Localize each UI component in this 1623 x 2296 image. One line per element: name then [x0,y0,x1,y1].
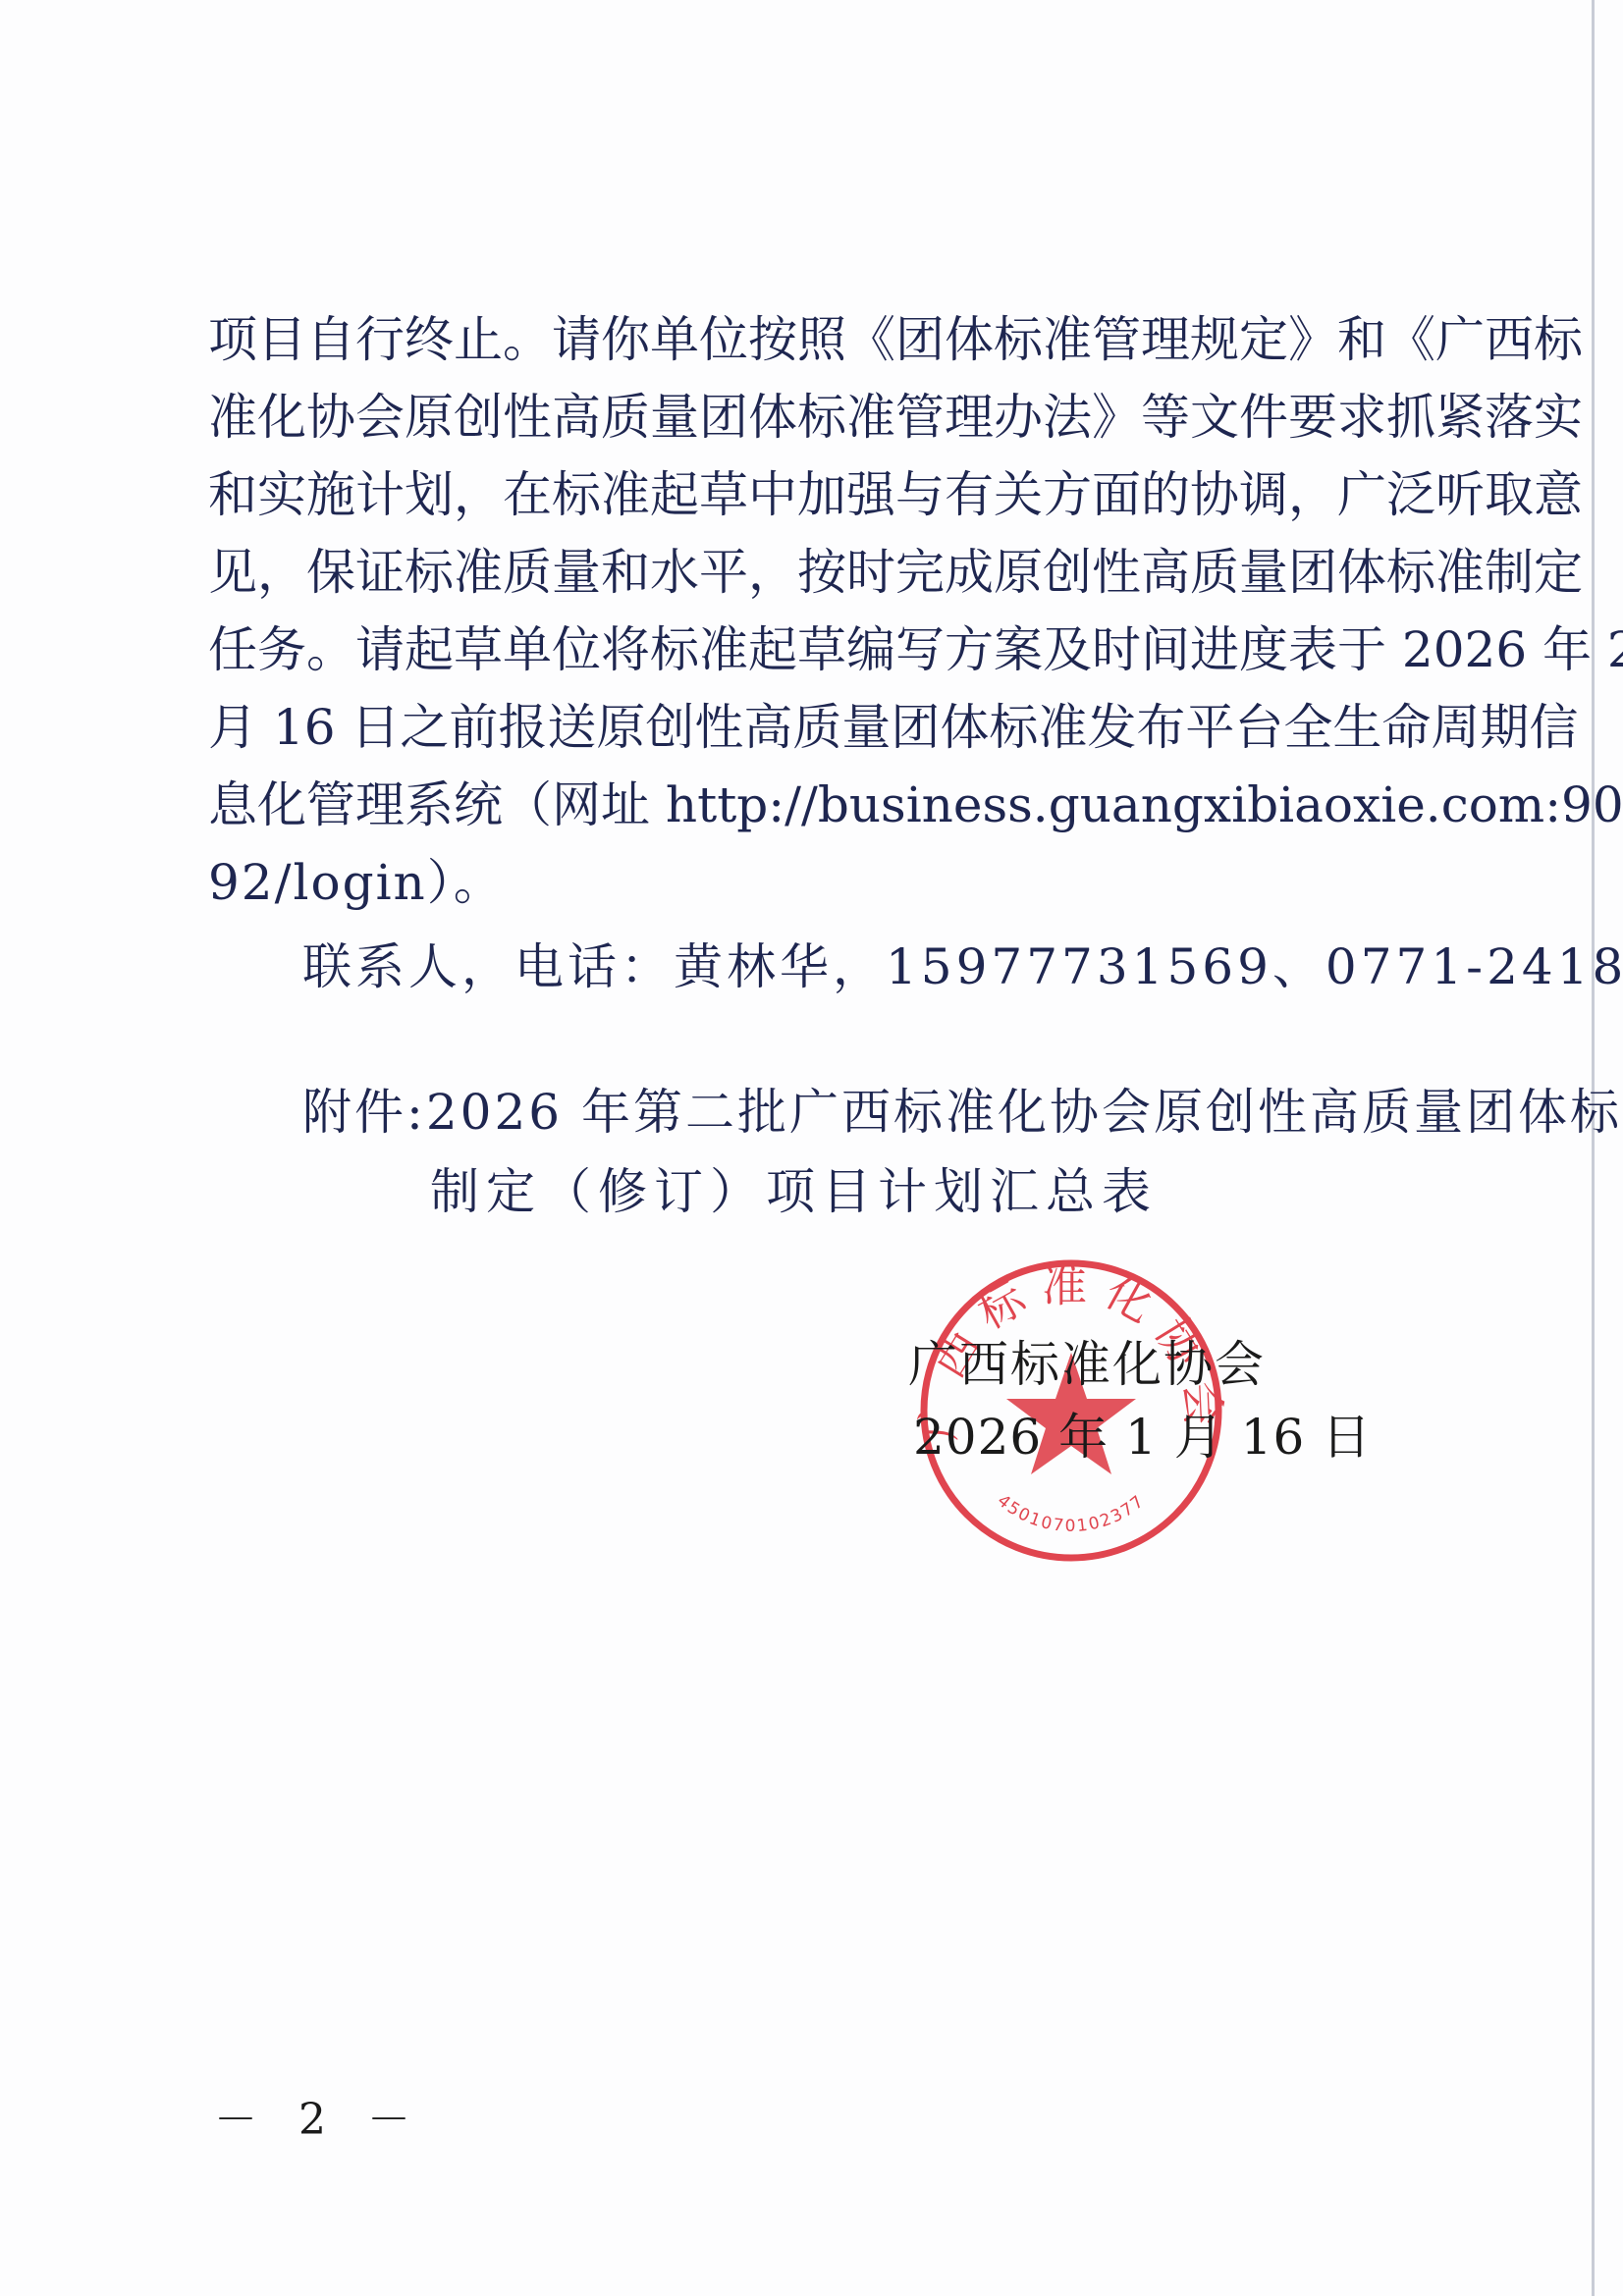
body-line-5: 任务。请起草单位将标准起草编写方案及时间进度表于 2026 年 2 [208,620,1411,679]
scan-page-edge [1592,0,1595,2296]
body-line-7-url: 息化管理系统（网址 http://business.guangxibiaoxie… [208,775,1411,834]
page-number: － 2 － [214,2096,424,2145]
attachment-line-1: 附件:2026 年第二批广西标准化协会原创性高质量团体标准 [302,1083,1412,1142]
body-line-3: 和实施计划，在标准起草中加强与有关方面的协调，广泛听取意 [208,465,1411,524]
svg-text:4501070102377: 4501070102377 [994,1491,1149,1536]
signature-organization: 广西标准化协会 [908,1335,1266,1394]
signature-date: 2026 年 1 月 16 日 [913,1408,1372,1467]
body-line-2: 准化协会原创性高质量团体标准管理办法》等文件要求抓紧落实 [208,388,1411,447]
attachment-line-2: 制定（修订）项目计划汇总表 [430,1162,1158,1221]
contact-info: 联系人，电话：黄林华，15977731569、0771-2418736。 [302,937,1623,996]
body-line-6: 月 16 日之前报送原创性高质量团体标准发布平台全生命周期信 [208,698,1411,757]
body-line-1: 项目自行终止。请你单位按照《团体标准管理规定》和《广西标 [208,310,1411,369]
body-line-4: 见，保证标准质量和水平，按时完成原创性高质量团体标准制定 [208,543,1411,602]
body-line-8: 92/login）。 [208,853,1411,912]
